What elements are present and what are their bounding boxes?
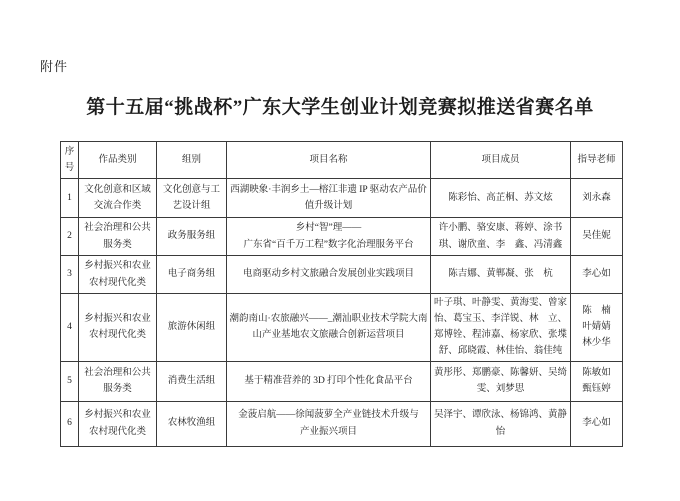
col-header-group: 组别 [157, 142, 227, 179]
cell-project: 基于精准营养的 3D 打印个性化食品平台 [227, 361, 431, 401]
table-row: 1 文化创意和区域交流合作类 文化创意与工艺设计组 西湖映象·丰润乡土—榕江非遗… [61, 179, 623, 218]
table-row: 6 乡村振兴和农业农村现代化类 农林牧渔组 金菠启航——徐闻菠萝全产业链技术升级… [61, 401, 623, 446]
table-row: 3 乡村振兴和农业农村现代化类 电子商务组 电商驱动乡村文旅融合发展创业实践项目… [61, 256, 623, 294]
cell-category: 乡村振兴和农业农村现代化类 [79, 256, 157, 294]
col-header-project: 项目名称 [227, 142, 431, 179]
cell-project: 西湖映象·丰润乡土—榕江非遗 IP 驱动农产品价值升级计划 [227, 179, 431, 218]
table-row: 5 社会治理和公共服务类 消费生活组 基于精准营养的 3D 打印个性化食品平台 … [61, 361, 623, 401]
cell-members: 黄彤彤、郑鹏豪、陈馨妍、吴绮雯、刘梦思 [431, 361, 571, 401]
cell-group: 旅游休闲组 [157, 294, 227, 362]
cell-category: 乡村振兴和农业农村现代化类 [79, 401, 157, 446]
cell-project: 金菠启航——徐闻菠萝全产业链技术升级与 产业振兴项目 [227, 401, 431, 446]
cell-group: 政务服务组 [157, 218, 227, 256]
table-row: 4 乡村振兴和农业农村现代化类 旅游休闲组 潮韵南山·农旅融兴——_潮汕职业技术… [61, 294, 623, 362]
cell-category: 社会治理和公共服务类 [79, 218, 157, 256]
cell-project: 乡村“智”理—— 广东省“百千万工程”数字化治理服务平台 [227, 218, 431, 256]
cell-category: 文化创意和区域交流合作类 [79, 179, 157, 218]
cell-group: 文化创意与工艺设计组 [157, 179, 227, 218]
table-row: 2 社会治理和公共服务类 政务服务组 乡村“智”理—— 广东省“百千万工程”数字… [61, 218, 623, 256]
col-header-members: 项目成员 [431, 142, 571, 179]
cell-project: 电商驱动乡村文旅融合发展创业实践项目 [227, 256, 431, 294]
cell-no: 1 [61, 179, 79, 218]
cell-no: 6 [61, 401, 79, 446]
document-page: 附件 第十五届“挑战杯”广东大学生创业计划竞赛拟推送省赛名单 序号 作品类别 组… [0, 0, 680, 501]
cell-members: 叶子琪、叶静雯、黄海雯、曾家怡、葛宝玉、李洋锐、林 立、郑博铨、程沛嘉、杨家欣、… [431, 294, 571, 362]
cell-advisor: 陈 楠 叶婧婧 林少华 [571, 294, 623, 362]
cell-members: 许小鹏、骆安康、蒋婷、涂书琪、谢欣童、李 鑫、冯清鑫 [431, 218, 571, 256]
cell-category: 社会治理和公共服务类 [79, 361, 157, 401]
col-header-no: 序号 [61, 142, 79, 179]
shortlist-table: 序号 作品类别 组别 项目名称 项目成员 指导老师 1 文化创意和区域交流合作类… [60, 141, 623, 447]
cell-category: 乡村振兴和农业农村现代化类 [79, 294, 157, 362]
cell-advisor: 吴佳妮 [571, 218, 623, 256]
cell-project: 潮韵南山·农旅融兴——_潮汕职业技术学院大南山产业基地农文旅融合创新运营项目 [227, 294, 431, 362]
col-header-category: 作品类别 [79, 142, 157, 179]
table-header-row: 序号 作品类别 组别 项目名称 项目成员 指导老师 [61, 142, 623, 179]
cell-members: 陈吉娜、黄郸凝、张 杭 [431, 256, 571, 294]
cell-group: 消费生活组 [157, 361, 227, 401]
cell-members: 吴泽宇、谭欣泳、杨锦鸿、黄静怡 [431, 401, 571, 446]
cell-no: 2 [61, 218, 79, 256]
cell-group: 农林牧渔组 [157, 401, 227, 446]
cell-advisor: 李心如 [571, 401, 623, 446]
attachment-label: 附件 [40, 56, 68, 75]
cell-advisor: 陈敏如 甄钰婷 [571, 361, 623, 401]
cell-advisor: 刘永森 [571, 179, 623, 218]
page-title: 第十五届“挑战杯”广东大学生创业计划竞赛拟推送省赛名单 [0, 92, 680, 119]
cell-members: 陈彩怡、高芷桐、苏文炫 [431, 179, 571, 218]
cell-group: 电子商务组 [157, 256, 227, 294]
cell-no: 3 [61, 256, 79, 294]
cell-no: 5 [61, 361, 79, 401]
cell-no: 4 [61, 294, 79, 362]
col-header-advisor: 指导老师 [571, 142, 623, 179]
cell-advisor: 李心如 [571, 256, 623, 294]
